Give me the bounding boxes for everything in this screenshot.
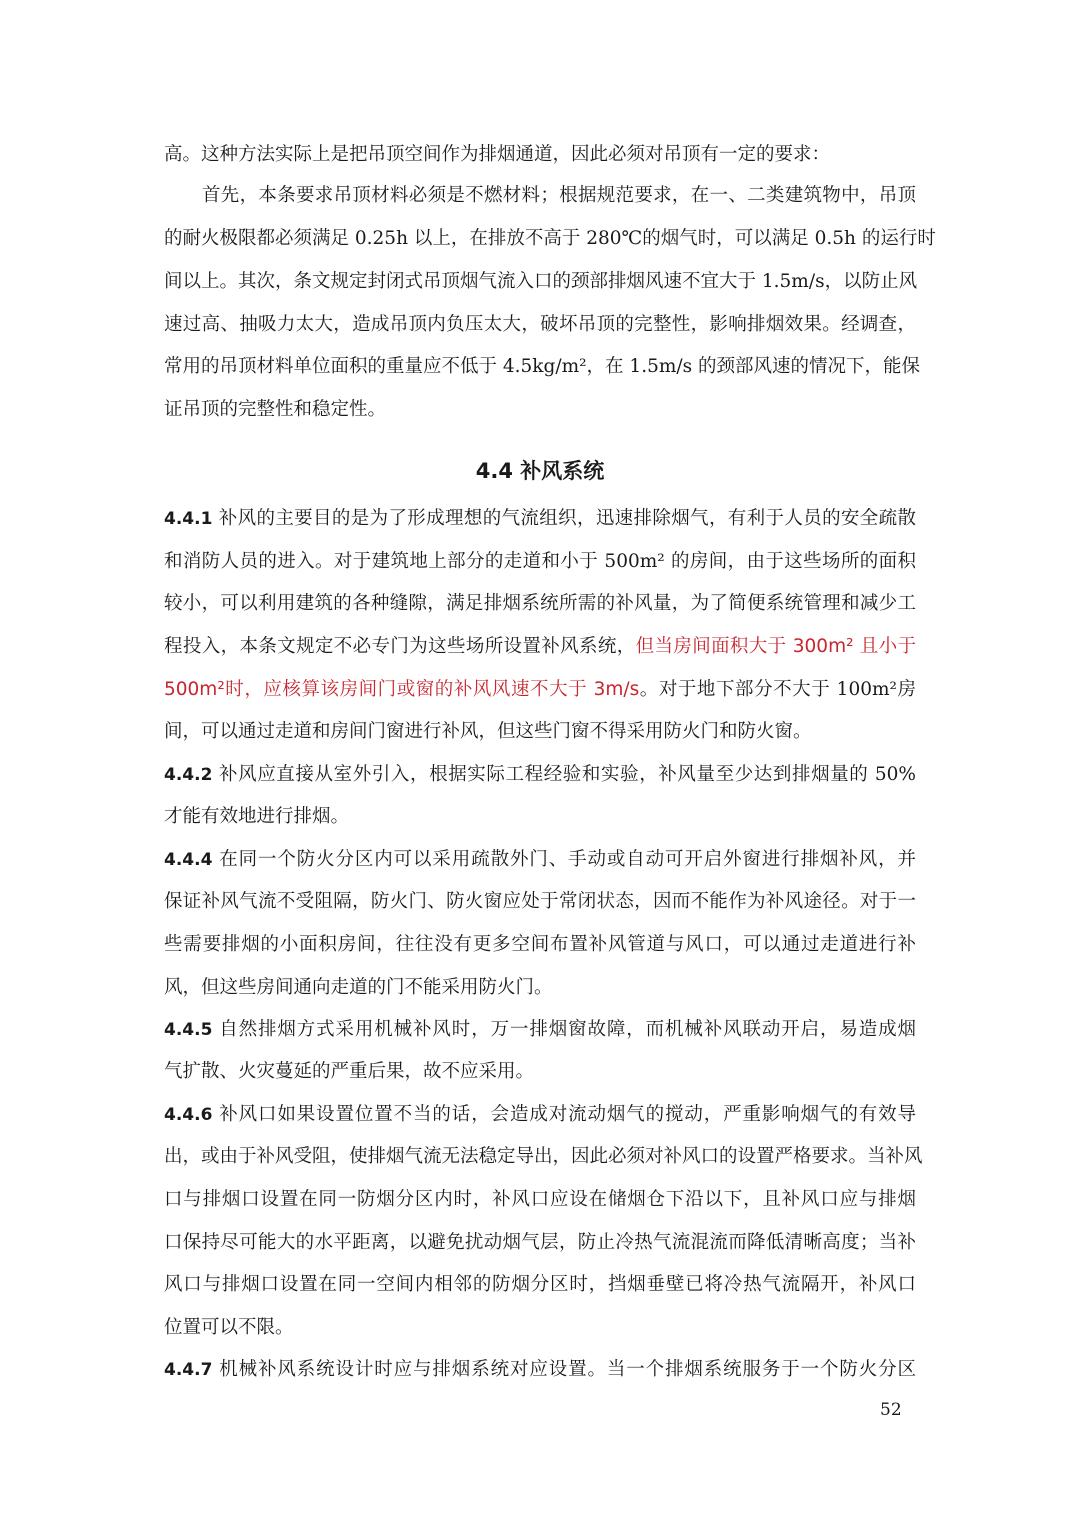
clause-4-4-6: 4.4.6补风口如果设置位置不当的话，会造成对流动烟气的搅动，严重影响烟气的有效…: [164, 1103, 916, 1127]
clause-4-4-1: 4.4.1补风的主要目的是为了形成理想的气流组织，迅速排除烟气，有利于人员的安全…: [164, 507, 916, 531]
text-line: 证吊顶的完整性和稳定性。: [164, 398, 916, 422]
text-line: 间，可以通过走道和房间门窗进行补风，但这些门窗不得采用防火门和防火窗。: [164, 720, 916, 744]
text-line: 500m²时，应核算该房间门或窗的补风风速不大于 3m/s。对于地下部分不大于 …: [164, 678, 916, 702]
text-span: 补风应直接从室外引入，根据实际工程经验和实验，补风量至少达到排烟量的 50%: [218, 764, 916, 785]
text-line: 常用的吊顶材料单位面积的重量应不低于 4.5kg/m²，在 1.5m/s 的颈部…: [164, 355, 916, 379]
text-line: 速过高、抽吸力太大，造成吊顶内负压太大，破坏吊顶的完整性，影响排烟效果。经调查，: [164, 313, 916, 337]
text-line: 些需要排烟的小面积房间，往往没有更多空间布置补风管道与风口，可以通过走道进行补: [164, 933, 916, 957]
document-page: 高。这种方法实际上是把吊顶空间作为排烟通道，因此必须对吊顶有一定的要求： 首先，…: [0, 0, 1080, 1527]
text-span: 。对于地下部分不大于 100m²房: [639, 679, 916, 700]
text-line: 间以上。其次，条文规定封闭式吊顶烟气流入口的颈部排烟风速不宜大于 1.5m/s，…: [164, 270, 916, 294]
text-span: 自然排烟方式采用机械补风时，万一排烟窗故障，而机械补风联动开启，易造成烟: [218, 1019, 916, 1040]
text-line: 保证补风气流不受阻隔，防火门、防火窗应处于常闭状态，因而不能作为补风途径。对于一: [164, 890, 916, 914]
text-line: 口保持尽可能大的水平距离，以避免扰动烟气层，防止冷热气流混流而降低清晰高度；当补: [164, 1231, 916, 1255]
clause-number: 4.4.5: [164, 1020, 212, 1040]
text-line: 风，但这些房间通向走道的门不能采用防火门。: [164, 976, 916, 1000]
text-line: 高。这种方法实际上是把吊顶空间作为排烟通道，因此必须对吊顶有一定的要求：: [164, 143, 916, 167]
highlighted-text: 但当房间面积大于 300m² 且小于: [636, 636, 916, 657]
text-line: 气扩散、火灾蔓延的严重后果，故不应采用。: [164, 1060, 916, 1084]
text-span: 机械补风系统设计时应与排烟系统对应设置。当一个排烟系统服务于一个防火分区: [218, 1359, 916, 1380]
text-line: 才能有效地进行排烟。: [164, 805, 916, 829]
highlighted-text: 500m²时，应核算该房间门或窗的补风风速不大于 3m/s: [164, 679, 639, 700]
text-line: 程投入，本条文规定不必专门为这些场所设置补风系统，但当房间面积大于 300m² …: [164, 635, 916, 659]
text-line: 出，或由于补风受阻，使排烟气流无法稳定导出，因此必须对补风口的设置严格要求。当补…: [164, 1145, 916, 1169]
page-number: 52: [880, 1400, 902, 1420]
text-line: 口与排烟口设置在同一防烟分区内时，补风口应设在储烟仓下沿以下，且补风口应与排烟: [164, 1188, 916, 1212]
text-span: 程投入，本条文规定不必专门为这些场所设置补风系统，: [164, 636, 636, 657]
text-line: 风口与排烟口设置在同一空间内相邻的防烟分区时，挡烟垂壁已将冷热气流隔开，补风口: [164, 1273, 916, 1297]
clause-number: 4.4.6: [164, 1105, 212, 1125]
text-line: 的耐火极限都必须满足 0.25h 以上，在排放不高于 280℃的烟气时，可以满足…: [164, 227, 916, 251]
clause-number: 4.4.1: [164, 509, 212, 529]
text-line: 首先，本条要求吊顶材料必须是不燃材料；根据规范要求，在一、二类建筑物中，吊顶: [164, 184, 916, 208]
clause-4-4-4: 4.4.4在同一个防火分区内可以采用疏散外门、手动或自动可开启外窗进行排烟补风，…: [164, 848, 916, 872]
text-span: 补风的主要目的是为了形成理想的气流组织，迅速排除烟气，有利于人员的安全疏散: [218, 508, 916, 529]
clause-4-4-5: 4.4.5自然排烟方式采用机械补风时，万一排烟窗故障，而机械补风联动开启，易造成…: [164, 1018, 916, 1042]
clause-number: 4.4.7: [164, 1360, 212, 1380]
text-line: 位置可以不限。: [164, 1316, 916, 1340]
text-line: 较小，可以利用建筑的各种缝隙，满足排烟系统所需的补风量，为了简便系统管理和减少工: [164, 592, 916, 616]
text-span: 在同一个防火分区内可以采用疏散外门、手动或自动可开启外窗进行排烟补风，并: [218, 849, 916, 870]
text-line: 和消防人员的进入。对于建筑地上部分的走道和小于 500m² 的房间，由于这些场所…: [164, 550, 916, 574]
text-span: 补风口如果设置位置不当的话，会造成对流动烟气的搅动，严重影响烟气的有效导: [218, 1104, 916, 1125]
clause-number: 4.4.4: [164, 850, 212, 870]
section-title: 4.4 补风系统: [0, 455, 1080, 485]
clause-number: 4.4.2: [164, 765, 212, 785]
clause-4-4-7: 4.4.7机械补风系统设计时应与排烟系统对应设置。当一个排烟系统服务于一个防火分…: [164, 1358, 916, 1382]
clause-4-4-2: 4.4.2补风应直接从室外引入，根据实际工程经验和实验，补风量至少达到排烟量的 …: [164, 763, 916, 787]
